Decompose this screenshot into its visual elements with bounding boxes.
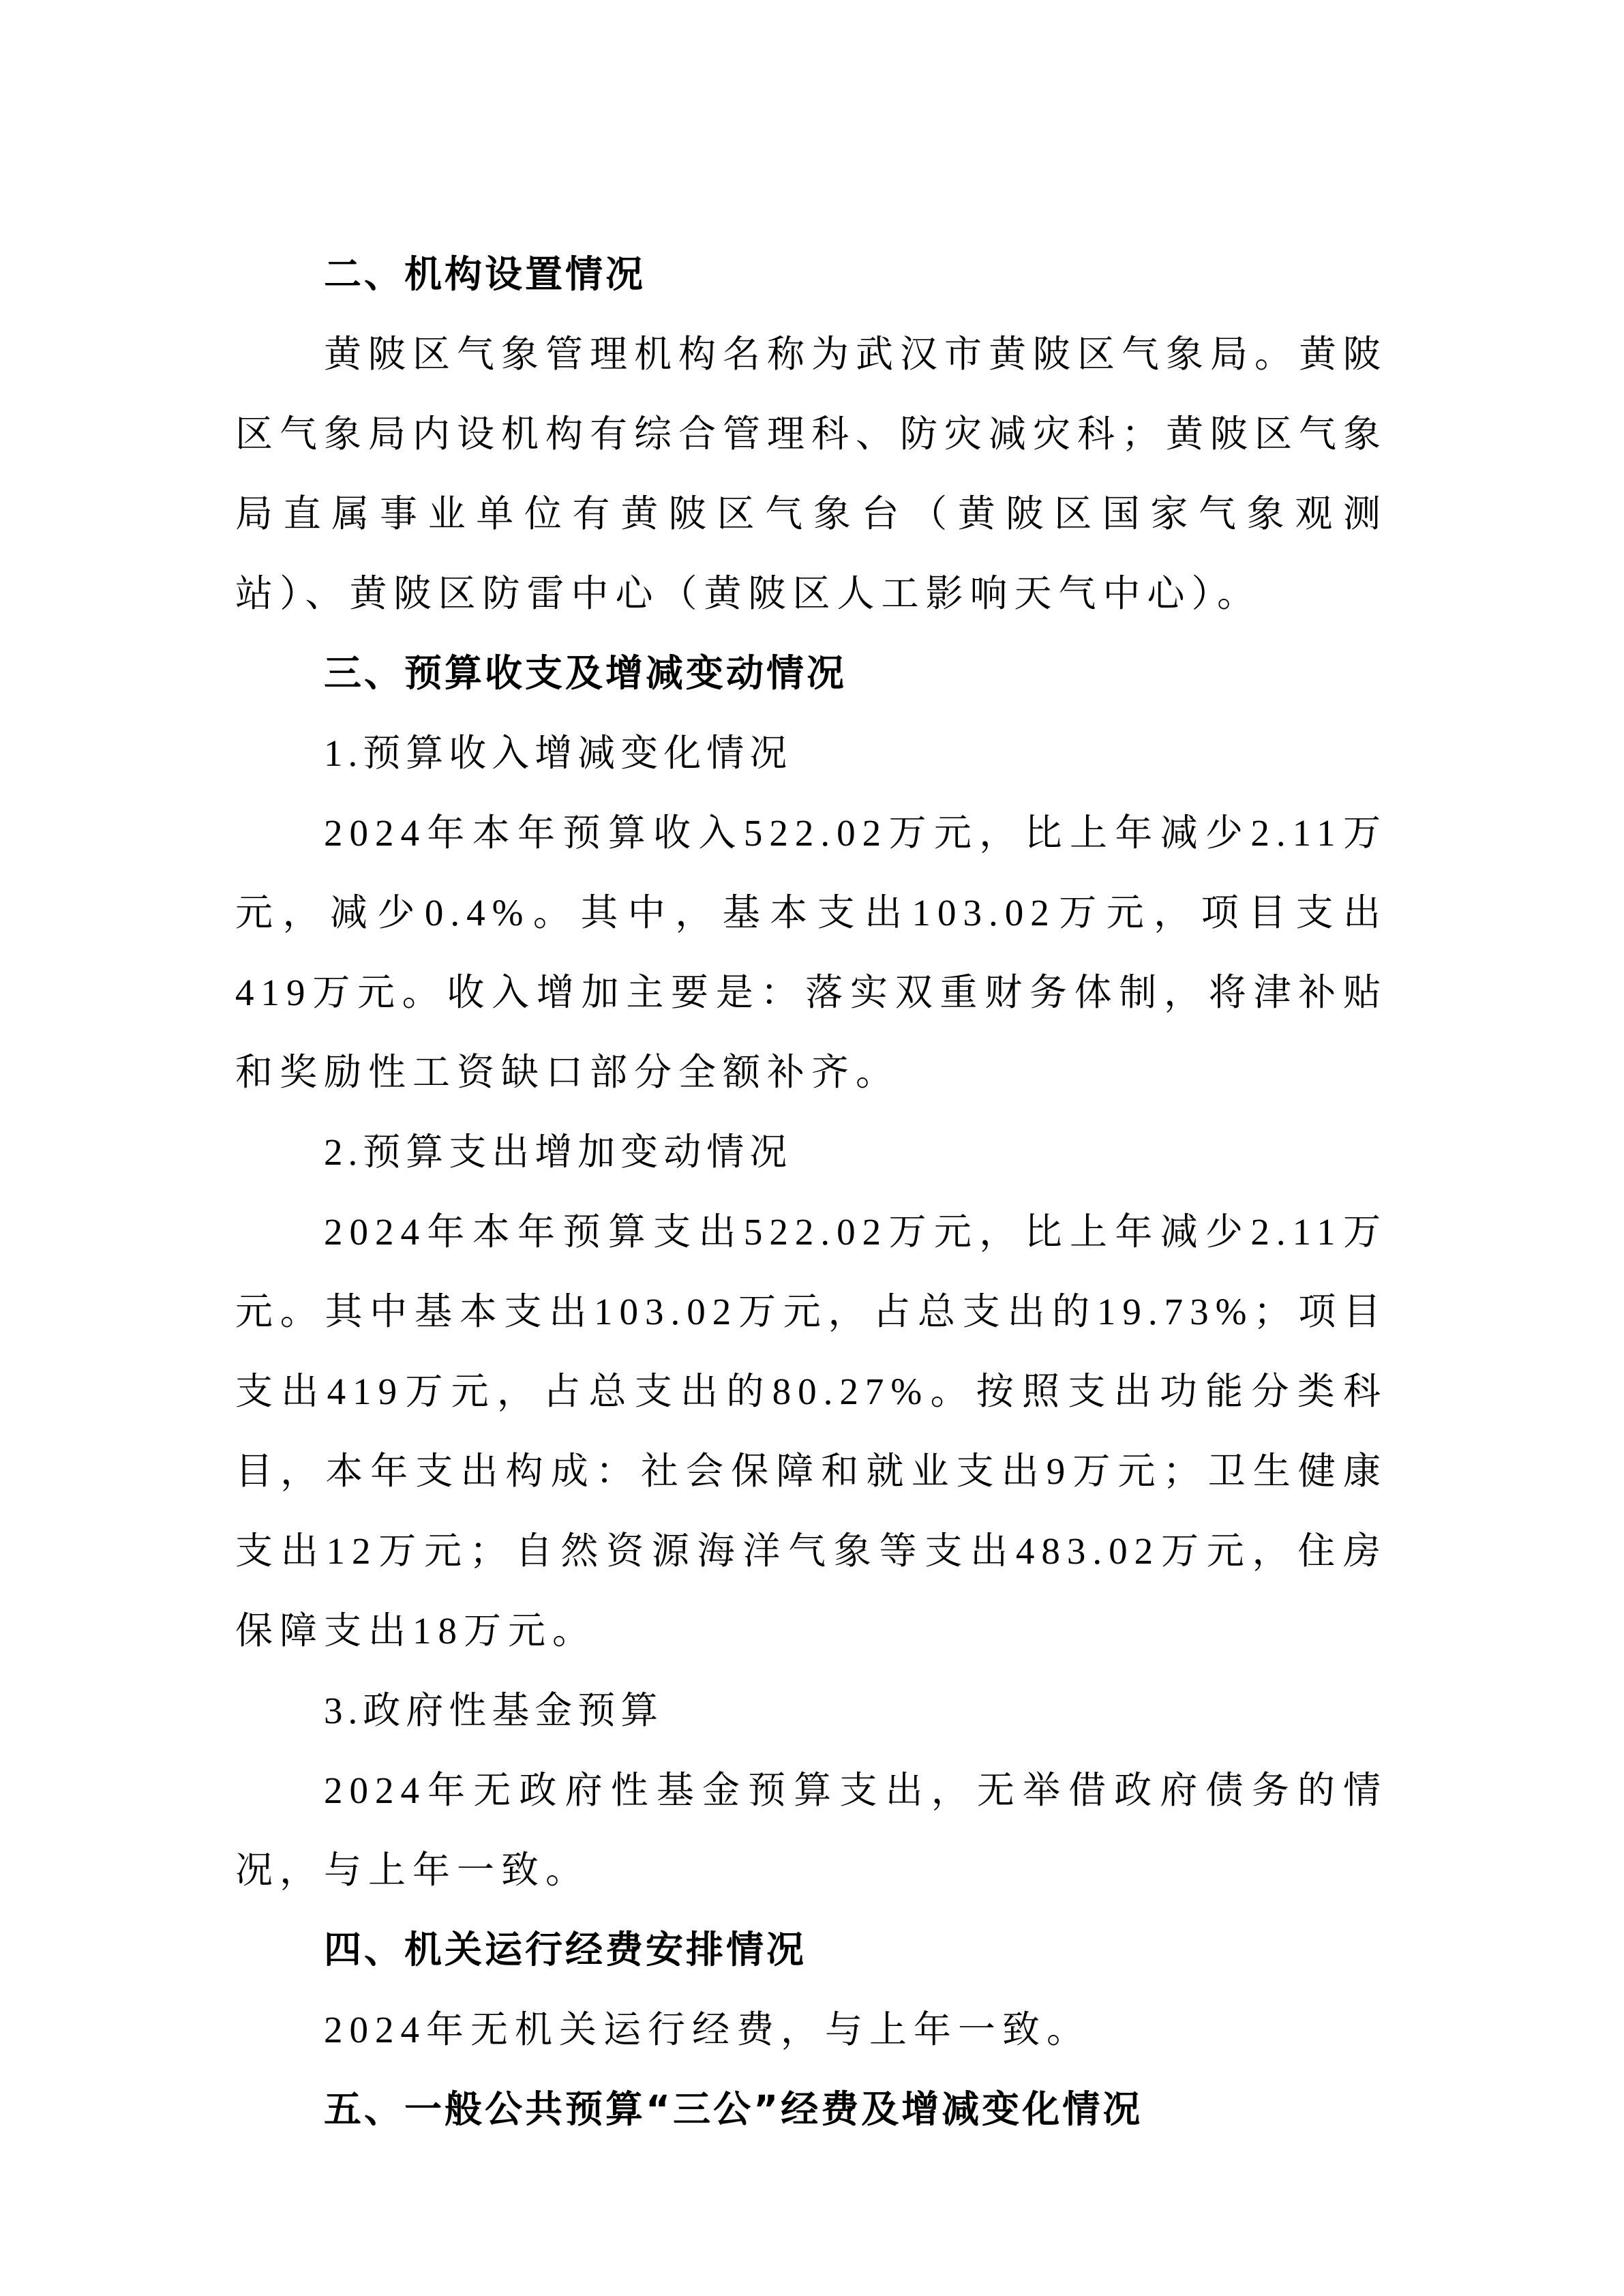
section-heading: 五、一般公共预算“三公”经费及增减变化情况 <box>235 2070 1387 2149</box>
section-heading: 三、预算收支及增减变动情况 <box>235 633 1387 713</box>
section-subheading: 3.政府性基金预算 <box>235 1671 1387 1750</box>
section-paragraph: 2024年无政府性基金预算支出，无举借政府债务的情况，与上年一致。 <box>235 1750 1387 1910</box>
section-paragraph: 2024年无机关运行经费，与上年一致。 <box>235 1990 1387 2070</box>
document-page: 二、机构设置情况黄陂区气象管理机构名称为武汉市黄陂区气象局。黄陂区气象局内设机构… <box>0 0 1624 2296</box>
section-paragraph: 2024年本年预算支出522.02万元，比上年减少2.11万元。其中基本支出10… <box>235 1192 1387 1671</box>
section-paragraph: 黄陂区气象管理机构名称为武汉市黄陂区气象局。黄陂区气象局内设机构有综合管理科、防… <box>235 314 1387 633</box>
section-paragraph: 2024年本年预算收入522.02万元，比上年减少2.11万元，减少0.4%。其… <box>235 793 1387 1112</box>
section-heading: 二、机构设置情况 <box>235 235 1387 314</box>
section-heading: 四、机关运行经费安排情况 <box>235 1910 1387 1990</box>
section-subheading: 2.预算支出增加变动情况 <box>235 1112 1387 1192</box>
section-subheading: 1.预算收入增减变化情况 <box>235 713 1387 793</box>
document-content: 二、机构设置情况黄陂区气象管理机构名称为武汉市黄陂区气象局。黄陂区气象局内设机构… <box>235 235 1387 2149</box>
